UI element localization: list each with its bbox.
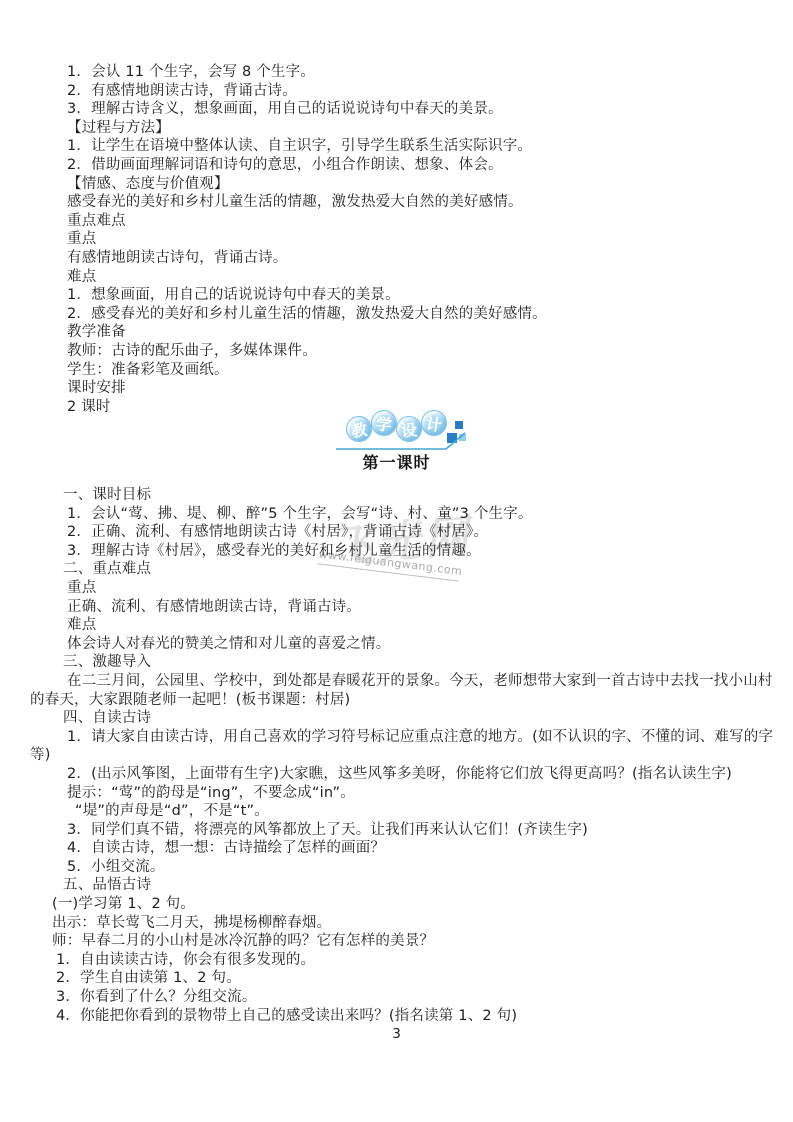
doc-line: 正确、流利、有感情地朗读古诗，背诵古诗。 (30, 598, 769, 617)
doc-line: 重点 (30, 230, 769, 249)
doc-line: 的春天，大家跟随老师一起吧！(板书课题：村居) (30, 691, 769, 710)
doc-line: 1．会认“莺、拂、堤、柳、醉”5 个生字，会写“诗、村、童”3 个生字。 (30, 505, 769, 524)
doc-line: 体会诗人对春光的赞美之情和对儿童的喜爱之情。 (30, 635, 769, 654)
doc-line: 教师：古诗的配乐曲子，多媒体课件。 (30, 342, 769, 361)
banner-squares-icon (447, 421, 469, 445)
doc-line: 重点难点 (30, 212, 769, 231)
doc-line: 教学准备 (30, 323, 769, 342)
square-icon (447, 433, 457, 443)
section-lesson-steps: 一、课时目标 1．会认“莺、拂、堤、柳、醉”5 个生字，会写“诗、村、童”3 个… (30, 486, 769, 1025)
doc-line: 2．正确、流利、有感情地朗读古诗《村居》，背诵古诗《村居》。 (30, 523, 769, 542)
doc-line: 1．请大家自由读古诗，用自己喜欢的学习符号标记应重点注意的地方。(如不认识的字、… (30, 728, 769, 747)
doc-line: 五、品悟古诗 (30, 876, 769, 895)
document-page: 1．会认 11 个生字，会写 8 个生字。 2．有感情地朗读古诗，背诵古诗。 3… (0, 0, 793, 1122)
doc-line: 【过程与方法】 (30, 119, 769, 138)
banner-bubble: 设 (395, 415, 423, 443)
doc-line: 重点 (30, 579, 769, 598)
doc-line: 课时安排 (30, 379, 769, 398)
lesson-1-heading: 第一课时 (0, 450, 793, 473)
doc-line: “堤”的声母是“d”，不是“t”。 (30, 802, 769, 821)
doc-line: 2．(出示风筝图，上面带有生字)大家瞧，这些风筝多美呀，你能将它们放飞得更高吗？… (30, 765, 769, 784)
doc-line: 在二三月间，公园里、学校中，到处都是春暖花开的景象。今天，老师想带大家到一首古诗… (30, 672, 769, 691)
doc-line: 一、课时目标 (30, 486, 769, 505)
doc-line: 4．你能把你看到的景物带上自己的感受读出来吗？(指名读第 1、2 句) (30, 1007, 769, 1026)
doc-line: 1．自由读读古诗，你会有很多发现的。 (30, 951, 769, 970)
square-icon (459, 434, 466, 441)
section-objectives: 1．会认 11 个生字，会写 8 个生字。 2．有感情地朗读古诗，背诵古诗。 3… (30, 63, 769, 416)
page-number: 3 (0, 1026, 793, 1042)
doc-line: 4．自读古诗，想一想：古诗描绘了怎样的画面？ (30, 839, 769, 858)
doc-line: 3．理解古诗《村居》，感受春光的美好和乡村儿童生活的情趣。 (30, 542, 769, 561)
doc-line: 四、自读古诗 (30, 709, 769, 728)
doc-line: 3．同学们真不错，将漂亮的风筝都放上了天。让我们再来认认它们！(齐读生字) (30, 821, 769, 840)
doc-line: 【情感、态度与价值观】 (30, 175, 769, 194)
doc-line: 2．有感情地朗读古诗，背诵古诗。 (30, 82, 769, 101)
doc-line: 等) (30, 746, 769, 765)
doc-line: 2．感受春光的美好和乡村儿童生活的情趣，激发热爱大自然的美好感情。 (30, 305, 769, 324)
doc-line: 难点 (30, 616, 769, 635)
doc-line: 学生：准备彩笔及画纸。 (30, 361, 769, 380)
doc-line: 5．小组交流。 (30, 858, 769, 877)
doc-line: 三、激趣导入 (30, 653, 769, 672)
doc-line: 师：早春二月的小山村是冰冷沉静的吗？它有怎样的美景？ (30, 932, 769, 951)
doc-line: 1．会认 11 个生字，会写 8 个生字。 (30, 63, 769, 82)
doc-line: (一)学习第 1、2 句。 (30, 895, 769, 914)
doc-line: 2 课时 (30, 398, 769, 417)
doc-line: 1．让学生在语境中整体认读、自主识字，引导学生联系生活实际识字。 (30, 137, 769, 156)
doc-line: 二、重点难点 (30, 560, 769, 579)
doc-line: 有感情地朗读古诗句，背诵古诗。 (30, 249, 769, 268)
doc-line: 感受春光的美好和乡村儿童生活的情趣，激发热爱大自然的美好感情。 (30, 193, 769, 212)
banner-bubble: 教 (344, 414, 373, 443)
doc-line: 3．理解古诗含义，想象画面，用自己的话说说诗句中春天的美景。 (30, 100, 769, 119)
doc-line: 提示：“莺”的韵母是“ing”，不要念成“in”。 (30, 784, 769, 803)
doc-line: 难点 (30, 268, 769, 287)
square-icon (455, 421, 463, 429)
banner-swoosh-line (336, 430, 468, 452)
doc-line: 2．学生自由读第 1、2 句。 (30, 969, 769, 988)
doc-line: 2．借助画面理解词语和诗句的意思，小组合作朗读、想象、体会。 (30, 156, 769, 175)
doc-line: 1．想象画面，用自己的话说说诗句中春天的美景。 (30, 286, 769, 305)
doc-line: 3．你看到了什么？分组交流。 (30, 988, 769, 1007)
doc-line: 出示：草长莺飞二月天，拂堤杨柳醉春烟。 (30, 914, 769, 933)
